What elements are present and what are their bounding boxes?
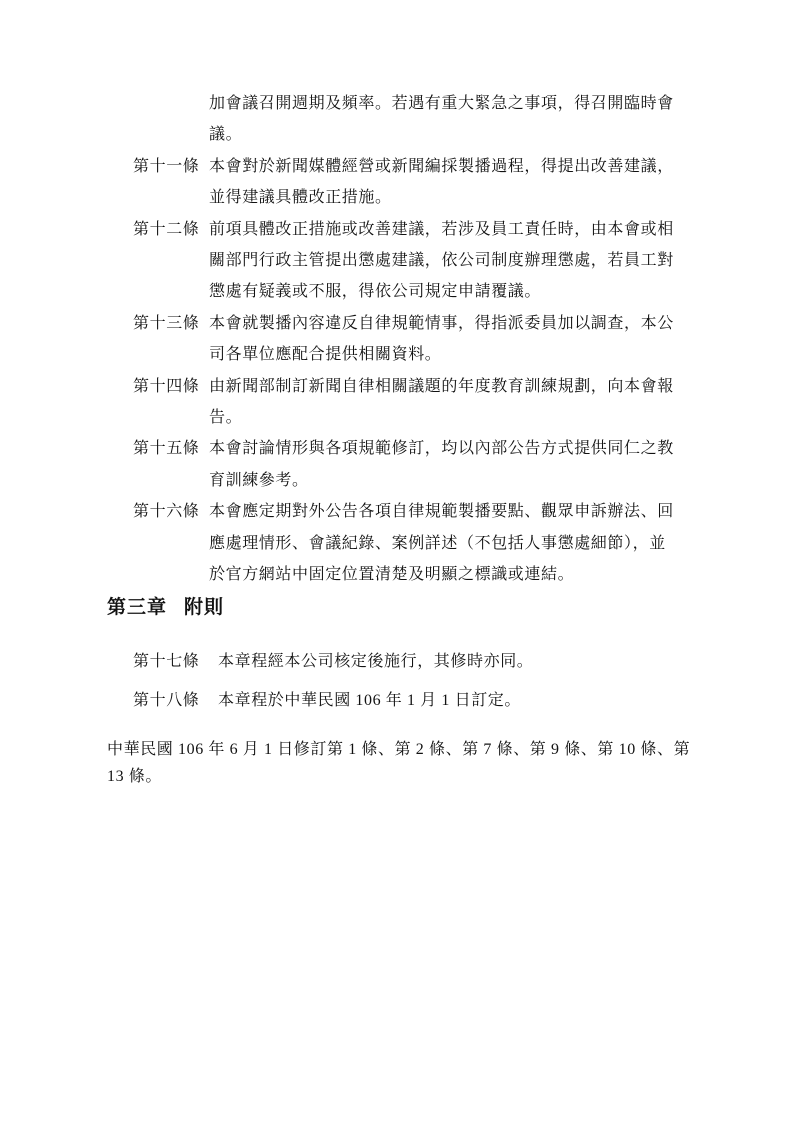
continuation-paragraph: 加會議召開週期及頻率。若遇有重大緊急之事項，得召開臨時會 議。 xyxy=(209,88,707,151)
article-text: 本會就製播內容違反自律規範情事，得指派委員加以調查，本公 司各單位應配合提供相關… xyxy=(209,308,707,371)
article-row-17: 第十七條 本章程經本公司核定後施行，其修時亦同。 xyxy=(133,646,707,677)
article-number: 第十七條 xyxy=(133,646,218,677)
article-text: 本會對於新聞媒體經營或新聞編採製播過程，得提出改善建議， 並得建議具體改正措施。 xyxy=(209,151,707,214)
article-row-11: 第十一條 本會對於新聞媒體經營或新聞編採製播過程，得提出改善建議， 並得建議具體… xyxy=(133,151,707,214)
article-row-13: 第十三條 本會就製播內容違反自律規範情事，得指派委員加以調查，本公 司各單位應配… xyxy=(133,308,707,371)
article-number: 第十二條 xyxy=(133,214,209,245)
article-row-16: 第十六條 本會應定期對外公告各項自律規範製播要點、觀眾申訴辦法、回 應處理情形、… xyxy=(133,496,707,590)
chapter-number: 第三章 xyxy=(107,597,167,618)
article-text: 本章程經本公司核定後施行，其修時亦同。 xyxy=(218,646,707,677)
article-number: 第十一條 xyxy=(133,151,209,182)
article-text: 本會應定期對外公告各項自律規範製播要點、觀眾申訴辦法、回 應處理情形、會議紀錄、… xyxy=(209,496,707,590)
article-row-12: 第十二條 前項具體改正措施或改善建議，若涉及員工責任時，由本會或相 關部門行政主… xyxy=(133,214,707,308)
article-number: 第十三條 xyxy=(133,308,209,339)
article-number: 第十四條 xyxy=(133,371,209,402)
article-number: 第十六條 xyxy=(133,496,209,527)
article-row-14: 第十四條 由新聞部制訂新聞自律相關議題的年度教育訓練規劃，向本會報 告。 xyxy=(133,371,707,434)
article-text: 由新聞部制訂新聞自律相關議題的年度教育訓練規劃，向本會報 告。 xyxy=(209,371,707,434)
article-number: 第十五條 xyxy=(133,433,209,464)
document-content: 加會議召開週期及頻率。若遇有重大緊急之事項，得召開臨時會 議。 第十一條 本會對… xyxy=(107,88,707,790)
chapter-title: 附則 xyxy=(184,597,224,618)
article-row-15: 第十五條 本會討論情形與各項規範修訂，均以內部公告方式提供同仁之教 育訓練參考。 xyxy=(133,433,707,496)
amendment-note: 中華民國 106 年 6 月 1 日修訂第 1 條、第 2 條、第 7 條、第 … xyxy=(107,737,707,790)
document-page: 加會議召開週期及頻率。若遇有重大緊急之事項，得召開臨時會 議。 第十一條 本會對… xyxy=(0,0,797,1125)
article-text: 本章程於中華民國 106 年 1 月 1 日訂定。 xyxy=(218,685,707,716)
chapter-heading: 第三章附則 xyxy=(107,595,707,621)
article-number: 第十八條 xyxy=(133,685,218,716)
article-text: 前項具體改正措施或改善建議，若涉及員工責任時，由本會或相 關部門行政主管提出懲處… xyxy=(209,214,707,308)
article-text: 本會討論情形與各項規範修訂，均以內部公告方式提供同仁之教 育訓練參考。 xyxy=(209,433,707,496)
article-row-18: 第十八條 本章程於中華民國 106 年 1 月 1 日訂定。 xyxy=(133,685,707,716)
